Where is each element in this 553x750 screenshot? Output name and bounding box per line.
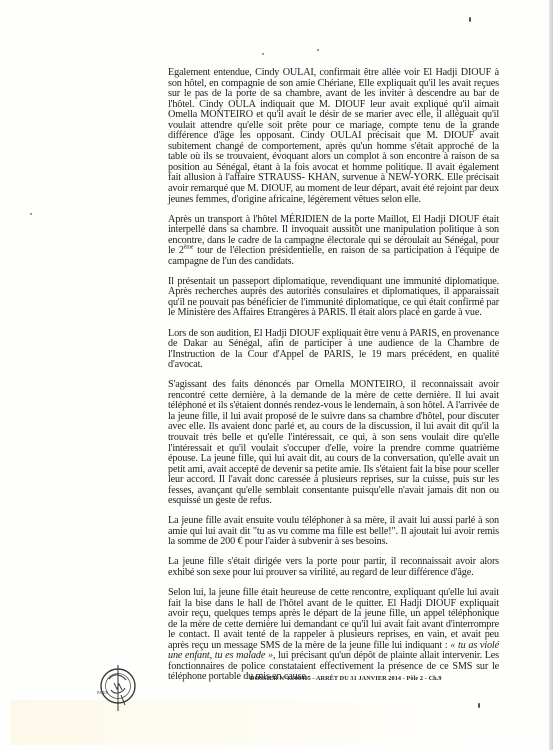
court-seal-stamp-icon: PARIS [95, 665, 141, 711]
scan-speck [262, 53, 264, 55]
paragraph-diplomatic-passport: Il présentait un passeport diplomatique,… [168, 277, 499, 319]
scan-speck [317, 49, 319, 51]
paragraph-arrest-text-b: tour de l'élection présidentielle, en ra… [168, 245, 499, 267]
paragraph-departure: La jeune fille s'était dirigée vers la p… [168, 557, 499, 578]
paragraph-facts: S'agissant des faits dénoncés par Ornell… [168, 380, 499, 507]
paragraph-sms: Selon lui, la jeune fille était heureuse… [168, 588, 499, 683]
paragraph-witness-statement: Egalement entendue, Cindy OULAI, confirm… [168, 68, 499, 205]
scan-speck [30, 213, 32, 215]
paragraph-arrest: Après un transport à l'hôtel MÉRIDIEN de… [168, 215, 499, 268]
scanned-page: Egalement entendue, Cindy OULAI, confirm… [0, 0, 549, 750]
document-footer-reference: DOSSIER N°13/06405 - ARRÊT DU 31 JANVIER… [250, 675, 500, 682]
paragraph-audition: Lors de son audition, El Hadji DIOUF exp… [168, 329, 499, 371]
paper-stain [10, 700, 480, 745]
svg-text:PARIS: PARIS [97, 690, 108, 695]
page-edge [549, 0, 553, 750]
ordinal-superscript: ème [184, 245, 194, 251]
scan-speck [478, 703, 480, 708]
scan-speck [469, 17, 471, 22]
document-body: Egalement entendue, Cindy OULAI, confirm… [168, 68, 499, 692]
paragraph-phone-call: La jeune fille avait ensuite voulu télép… [168, 516, 499, 548]
